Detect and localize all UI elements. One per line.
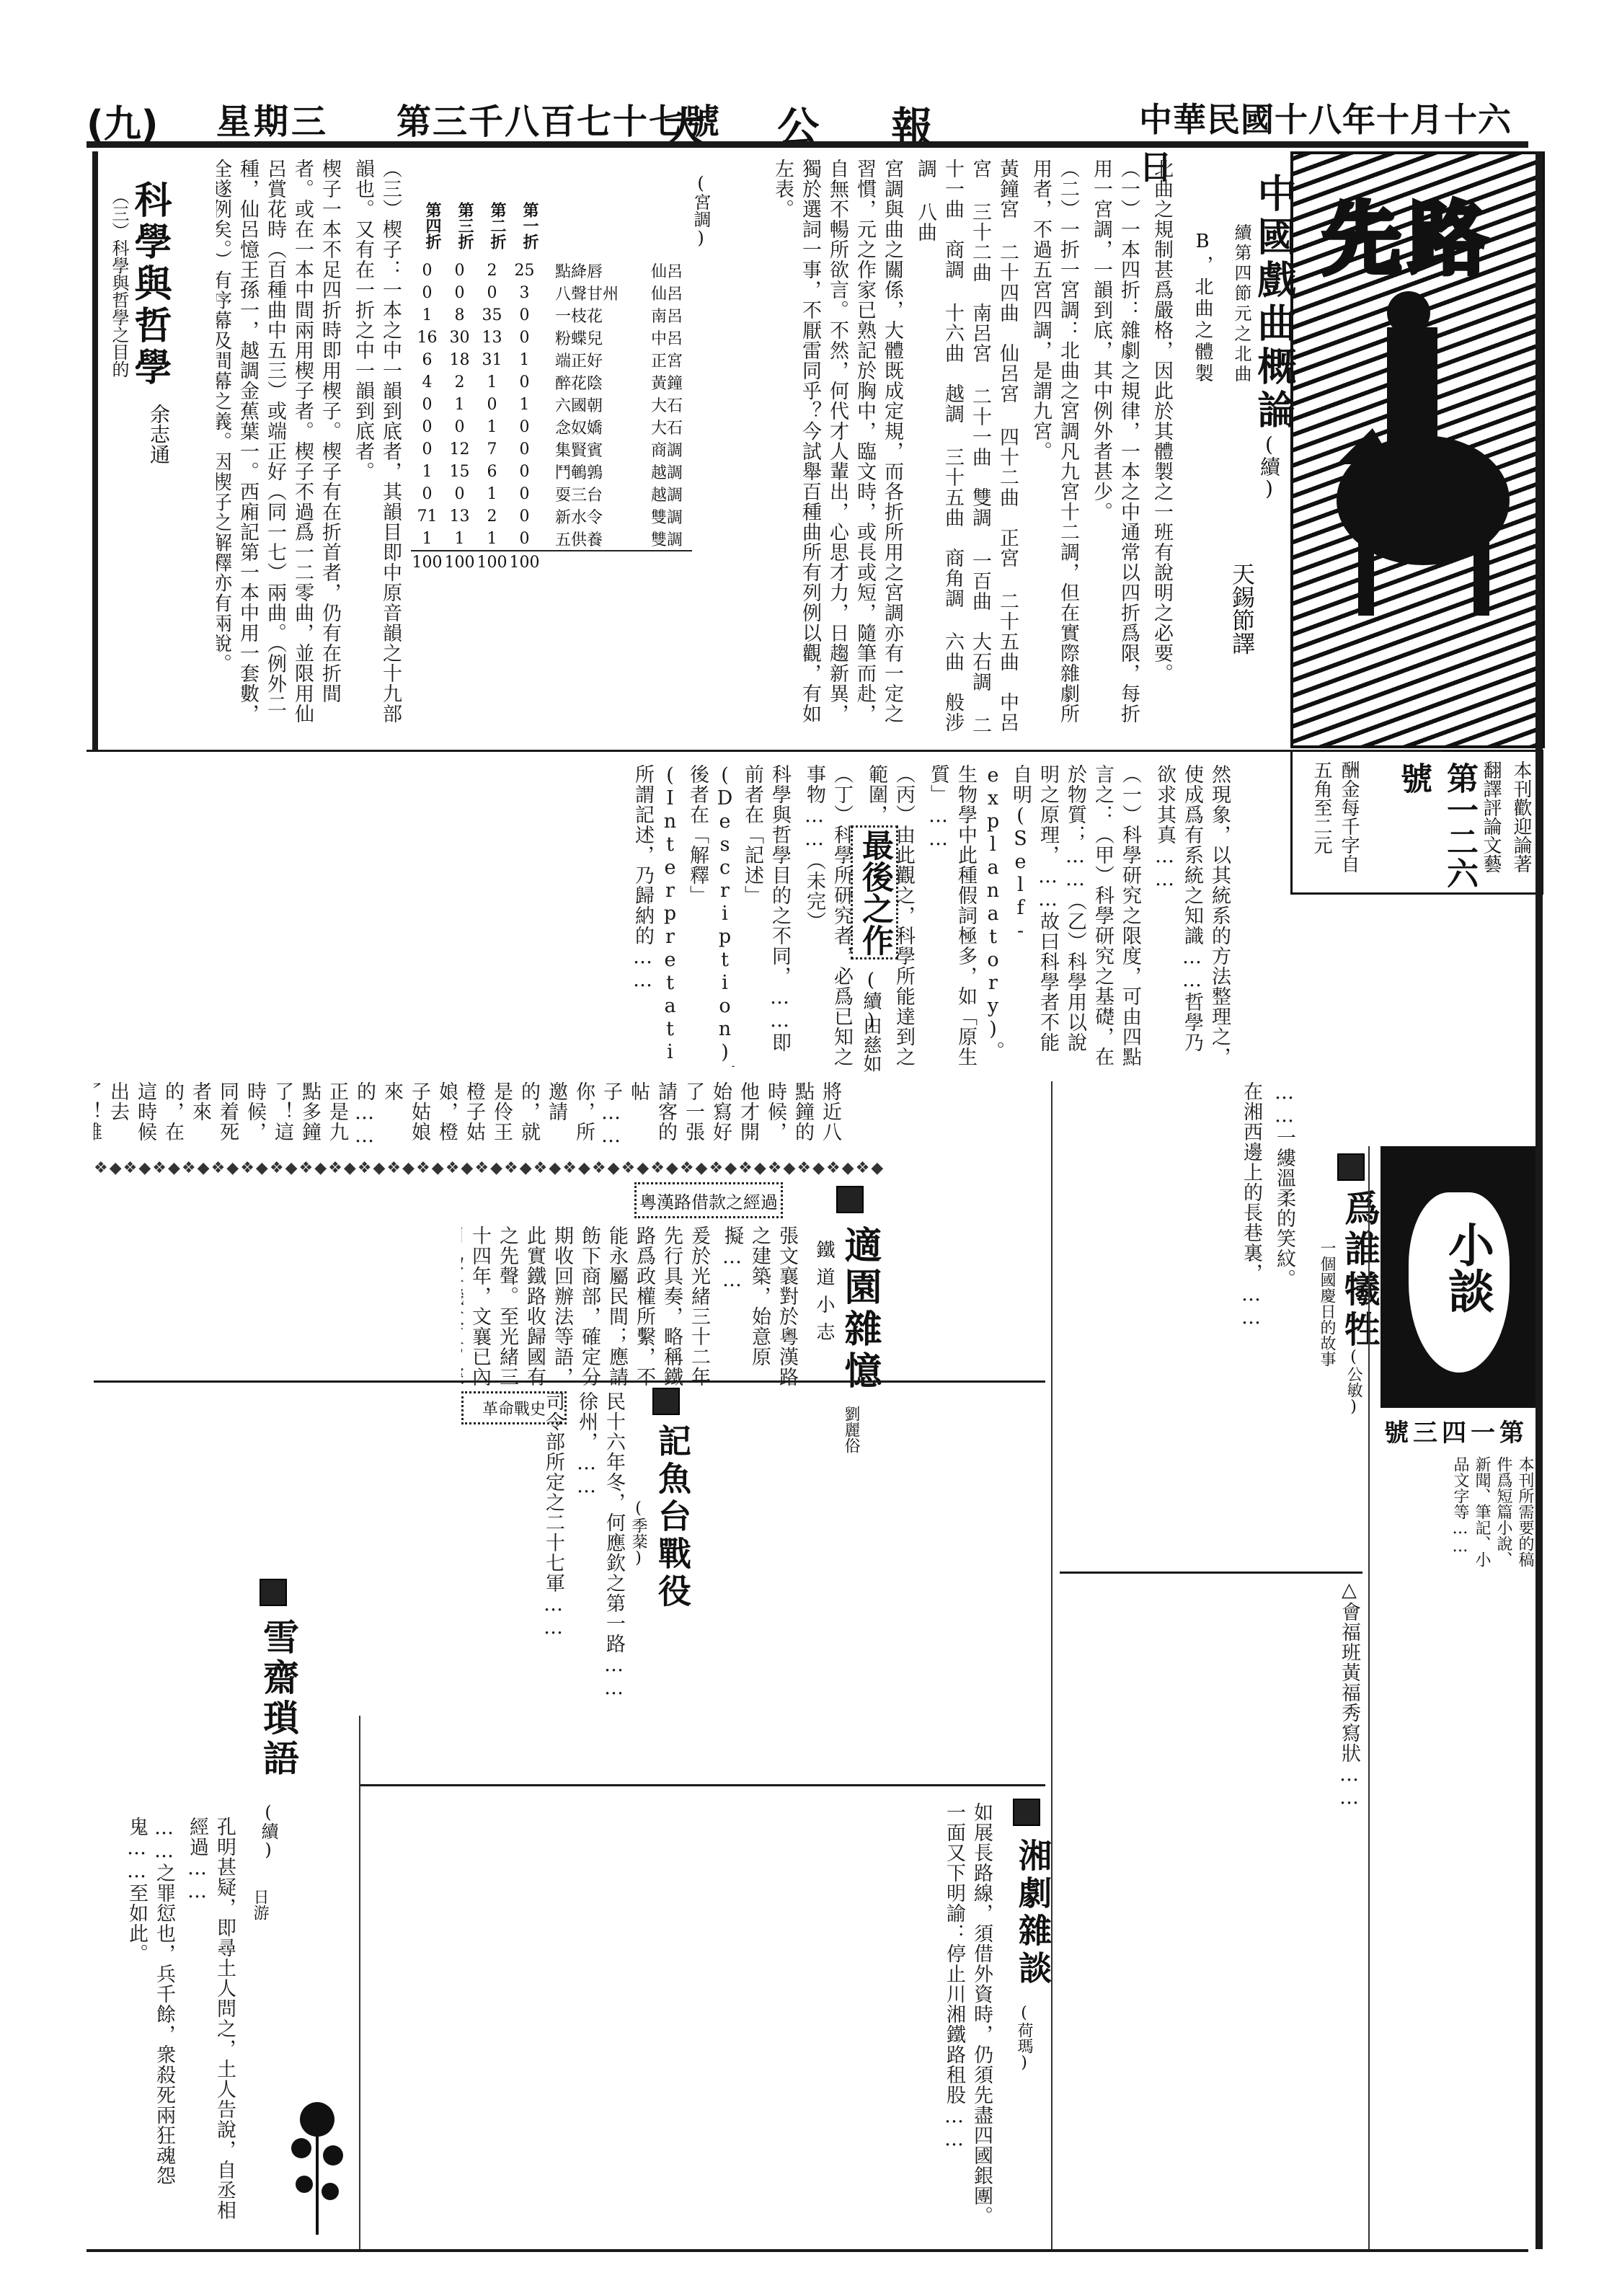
article-author-zuihou: 田慈如 [858, 1016, 885, 1073]
paragraph: △會福班黃福秀寫狀…… [1335, 1579, 1362, 2228]
table-row: 0010念奴嬌大石 [411, 416, 692, 438]
article-body-shiyuan: 張文襄對於粵漢路之建築，始意原擬…… 爰於光緒三十二年先行具奏，略稱鐵路爲政權所… [461, 1225, 800, 1399]
table-row: 1110五供養雙調 [411, 528, 692, 551]
paragraph: （丁）科學所研究者，必爲已知之事物……（未完） [800, 764, 855, 1067]
supplement-xiaotan-notice: 本刊所需要的稿件爲短篇小說、新聞、筆記、小品文字等…… [1384, 1456, 1535, 1572]
paragraph: 黃鐘宮 二十四曲 仙呂宮 四十二曲 正宮 二十五曲 中呂宮 三十二曲 南呂宮 二… [911, 159, 1021, 735]
article-body-weishui: ……一縷溫柔的笑紋。 在湘西邊上的長巷裏，…… [1060, 1081, 1298, 1550]
section-divider [87, 750, 1442, 752]
paragraph: （一）一本四折：雜劇之規律，一本之中通常以四折爲限，每折用一宮調，一韻到底，其中… [1087, 159, 1142, 735]
supplement-issue-label: 第一二六號 [1390, 762, 1482, 892]
table-row: 711320新水令雙調 [411, 505, 692, 528]
table-header-label: (宮調) [688, 173, 714, 248]
page-edge-rule [1535, 151, 1543, 2249]
paragraph: 張文襄對於粵漢路之建築，始意原擬…… [718, 1225, 800, 1399]
table-row: 618311端正好正宮 [411, 349, 692, 371]
mode-distribution-table: (宮調) 第一折 第二折 第三折 第四折 00225點絳唇仙呂 0003八聲甘州… [411, 173, 728, 721]
article-body-xiangju-left: 如展長路線，須借外資時，仍須先盡四國銀團。一面又下明諭：停止川湘鐵路租股…… [368, 1802, 995, 2235]
article-author-xuezhai: 日游 [249, 1889, 271, 1920]
column-rule [1051, 1081, 1052, 2249]
section-mark-icon [652, 1388, 680, 1415]
masthead: (九) 星期三 第三千八百七十七號 大 公 報 中華民國十八年十月十六日 [87, 94, 1528, 137]
page-bottom-rule [87, 2249, 1528, 2252]
paragraph: 如展長路線，須借外資時，仍須先盡四國銀團。一面又下明諭：停止川湘鐵路租股…… [940, 1802, 995, 2235]
section-mark-icon [260, 1579, 287, 1606]
paragraph: ……一縷溫柔的笑紋。 [1270, 1081, 1298, 1550]
column-header: 第三折 [454, 202, 477, 249]
table-row: 11560鬥鵪鶉越調 [411, 461, 692, 483]
article-author-xiangju: (荷瑪) [1013, 2004, 1035, 2072]
article-subtitle-weishui: 一個國慶日的故事 [1316, 1240, 1338, 1367]
table-row: 1630130粉蝶兒中呂 [411, 327, 692, 349]
paragraph: 民十六年冬，何應欽之第一路……徐州，…… [572, 1391, 627, 1708]
paragraph: 孔明甚疑，即尋土人問之，土人告說，自丞相經過…… [183, 1817, 238, 2220]
paragraph: 北曲之規制甚爲嚴格，因此於其體製之一班有說明之必要。 [1148, 159, 1175, 735]
table-row: 00225點絳唇仙呂 [411, 260, 692, 282]
article-cont-xuezhai: (續) [256, 1802, 281, 1860]
table-row: 0010耍三台越調 [411, 483, 692, 505]
article-title-shiyuan: 適園雜憶 [833, 1225, 887, 1393]
fee-col-1: 酬金每千字自 [1336, 761, 1362, 873]
table-row: 0003八聲甘州仙呂 [411, 282, 692, 304]
article-body-yutai: 民十六年冬，何應欽之第一路……徐州，…… 司令部所定之二十七軍…… [94, 1391, 627, 1708]
table-totals-row: 100100100100 [411, 551, 692, 574]
table-row: 18350一枝花南呂 [411, 304, 692, 327]
column-header: 第一折 [519, 202, 541, 249]
supplement-art-xiaotan: 小談 [1381, 1146, 1538, 1408]
article-author-yutai: (季棻) [627, 1499, 650, 1567]
section-mark-icon [1013, 1799, 1040, 1826]
article-body-xiqu: 北曲之規制甚爲嚴格，因此於其體製之一班有說明之必要。 （一）一本四折：雜劇之規律… [728, 159, 1175, 735]
section-divider [94, 1380, 1045, 1383]
column-label-tiedao: 鐵道小志 [811, 1240, 838, 1349]
article-cont-xiqu: (續) [1254, 433, 1283, 500]
paragraph: 在湘西邊上的長巷裏，…… [1237, 1081, 1264, 1550]
supplement-notice-box: 本刊歡迎論著 翻譯評論文藝 第一二六號 酬金每千字自 五角至二元 [1290, 750, 1543, 895]
paragraph: （一）科學研究之限度，可由四點言之：（甲）科學研究之基礎，在於物質；……（乙）科… [924, 764, 1143, 1067]
section-divider [1060, 1572, 1362, 1574]
article-title-yutai: 記魚台戰役 [649, 1424, 696, 1611]
paragraph: （二）一折一宮調：北曲之宮調凡九宮十二調，但在實際雜劇所用者，不過五宮四調，是謂… [1027, 159, 1081, 735]
article-body-zuihou: 將近八點鐘的時候，他才開始寫好了一張請客的帖子……你，所邀請的，就是伶王橙子姑娘… [94, 1081, 843, 1153]
section-mark-icon [836, 1186, 864, 1213]
fee-col-2: 五角至二元 [1308, 761, 1334, 854]
column-rule [359, 1716, 360, 2249]
paragraph: 司令部所定之二十七軍…… [539, 1391, 567, 1708]
supplement-xiaotan-issue: 第一四三號 [1384, 1413, 1528, 1448]
floral-ornament-icon [288, 2091, 346, 2235]
masthead-rule [87, 141, 1528, 148]
article-body-kexue: 然現象，以其統系的方法整理之，使成爲有系統之知識……哲學乃欲求其真…… （一）科… [94, 764, 1233, 1067]
boxed-heading-shiyuan: 粵漢路借款之經過 [634, 1182, 783, 1218]
article-author-shiyuan: 劉麗俗 [840, 1406, 862, 1453]
paragraph: （三）楔子：一本之中一韻到底者，其韻目即中原音韻之十九部韻也。又有在一折之中一韻… [349, 159, 404, 735]
notice-col-1: 本刊歡迎論著 [1508, 761, 1534, 873]
article-author-weishui: (公敏) [1342, 1348, 1365, 1416]
table-row: 01270集賢賓商調 [411, 438, 692, 461]
column-header: 第四折 [422, 202, 444, 249]
article-author-xiqu: 天錫節譯 [1226, 562, 1259, 655]
article-subsection-xiqu: B，北曲之體製 [1189, 231, 1216, 385]
article-section-kexue: （三）科學與哲學之目的 [107, 187, 132, 378]
article-body-xuezhai: 孔明甚疑，即尋土人問之，土人告說，自丞相經過…… ……之罪愆也，兵千餘，衆殺死兩… [94, 1817, 238, 2220]
weekday: 星期三 [216, 94, 329, 143]
paragraph: 宮調與曲之關係，大體既成定規，而各折所用之宮調亦有一定之習慣，元之作家已熟記於胸… [768, 159, 905, 735]
article-notes-xiqu: （三）楔子：一本之中一韻到底者，其韻目即中原音韻之十九部韻也。又有在一折之中一韻… [216, 159, 404, 735]
paragraph: 然現象，以其統系的方法整理之，使成爲有系統之知識……哲學乃欲求其真…… [1151, 764, 1233, 1067]
article-title-xiangju: 湘劇雜談 [1009, 1838, 1057, 1988]
paragraph: 楔子一本不足四折時即用楔子。楔子有在折首者，仍有在折間者。或在一本中間兩用楔子者… [216, 159, 343, 735]
section-divider [360, 1784, 1045, 1786]
supplement-xiaotan-title: 小談 [1434, 1221, 1500, 1313]
ornamental-divider: ❖◆❖◆❖◆❖◆❖◆❖◆❖◆❖◆❖◆❖◆❖◆❖◆❖◆❖◆❖◆❖◆❖◆❖◆❖◆❖◆… [94, 1159, 1060, 1177]
article-author-kexue: 余志通 [144, 404, 173, 464]
article-title-xuezhai: 雪齋瑣語 [252, 1618, 304, 1780]
section-mark-icon [1337, 1153, 1365, 1181]
article-title-weishui: 爲誰犧牲 [1334, 1189, 1386, 1351]
page-number: (九) [87, 94, 159, 148]
table-row: 4210醉花陰黃鐘 [411, 371, 692, 394]
column-header: 第二折 [487, 202, 509, 249]
paragraph: ……之罪愆也，兵千餘，衆殺死兩狂魂怨鬼……至如此。 [123, 1817, 177, 2220]
mode-table-grid: 00225點絳唇仙呂 0003八聲甘州仙呂 18350一枝花南呂 1630130… [411, 260, 692, 574]
article-title-zuihou: 最後之作 [851, 825, 898, 959]
table-row: 0101六國朝大石 [411, 394, 692, 416]
supplement-art-xianlu: 先路 [1290, 151, 1545, 748]
horseman-illustration-icon [1308, 262, 1524, 623]
article-subtitle-xiqu: 續第四節元之北曲 [1229, 223, 1254, 385]
paragraph: 爰於光緒三十二年先行具奏，略稱鐵路爲政權所繫，不能永屬民間；應請飭下商部，確定分… [461, 1225, 712, 1399]
page-edge-rule [92, 151, 98, 750]
article-title-xiqu: 中國戲曲概論 [1247, 173, 1303, 433]
column-rule [1368, 1146, 1370, 2249]
paragraph: 將近八點鐘的時候，他才開始寫好了一張請客的帖子……你，所邀請的，就是伶王橙子姑娘… [94, 1081, 843, 1153]
article-body-xiangju: △會福班黃福秀寫狀…… [1060, 1579, 1362, 2228]
paragraph: 科學與哲學目的之不同，……即前者在「記述」(Description)，後者在「解… [629, 764, 793, 1067]
